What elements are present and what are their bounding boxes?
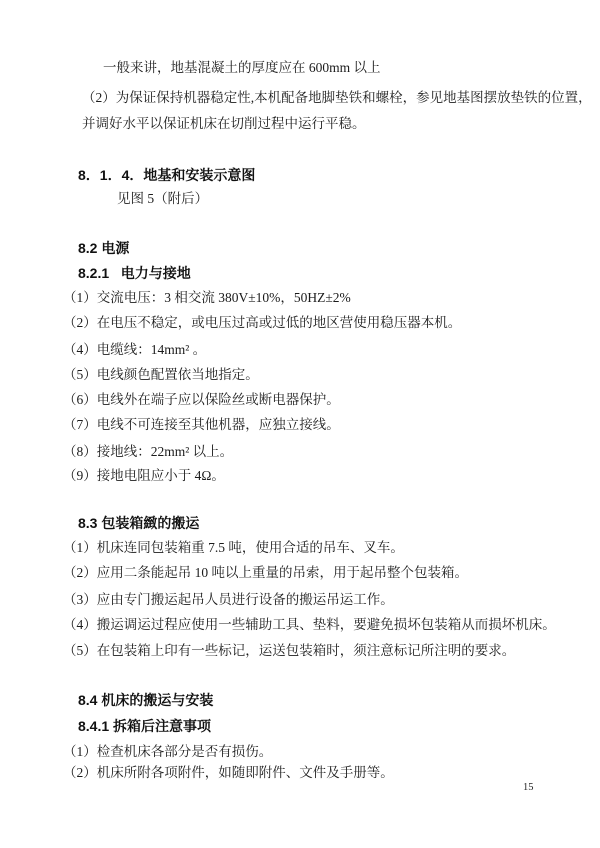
power-item-8: （8）接地线：22mm² 以上。 <box>63 439 233 465</box>
power-item-9: （9）接地电阻应小于 4Ω。 <box>63 463 225 489</box>
heading-8-4-1: 8.4.1 拆箱后注意事项 <box>78 713 211 739</box>
para-stability-item2-line2: 并调好水平以保证机床在切削过程中运行平稳。 <box>82 111 366 137</box>
power-item-4: （4）电缆线：14mm² 。 <box>63 337 206 363</box>
figure-reference: 见图 5（附后） <box>117 186 208 212</box>
page-number: 15 <box>523 782 534 793</box>
power-item-2: （2）在电压不稳定，或电压过高或过低的地区营使用稳压器本机。 <box>63 310 461 336</box>
heading-8-2-1: 8.2.1 电力与接地 <box>78 260 191 286</box>
crate-item-2: （2）应用二条能起吊 10 吨以上重量的吊索，用于起吊整个包装箱。 <box>63 560 468 586</box>
heading-8-1-4: 8．1．4．地基和安装示意图 <box>78 162 255 188</box>
para-stability-item2-line1: （2）为保证保持机器稳定性,本机配备地脚垫铁和螺栓，参见地基图摆放垫铁的位置， <box>82 85 592 111</box>
power-item-7: （7）电线不可连接至其他机器，应独立接线。 <box>63 412 340 438</box>
unpack-item-2: （2）机床所附各项附件，如随即附件、文件及手册等。 <box>63 760 394 786</box>
crate-item-5: （5）在包装箱上印有一些标记，运送包装箱时，须注意标记所注明的要求。 <box>63 638 515 664</box>
crate-item-1: （1）机床连同包装箱重 7.5 吨，使用合适的吊车、叉车。 <box>63 535 404 561</box>
para-foundation-thickness: 一般来讲，地基混凝土的厚度应在 600mm 以上 <box>103 55 381 81</box>
heading-8-3: 8.3 包装箱緻的搬运 <box>78 510 199 536</box>
crate-item-4: （4）搬运调运过程应使用一些辅助工具、垫料，要避免损坏包装箱从而损坏机床。 <box>63 612 556 638</box>
crate-item-3: （3）应由专门搬运起吊人员进行设备的搬运吊运工作。 <box>63 587 394 613</box>
heading-8-4: 8.4 机床的搬运与安装 <box>78 687 213 713</box>
power-item-5: （5）电线颜色配置依当地指定。 <box>63 362 259 388</box>
heading-8-2: 8.2 电源 <box>78 235 129 261</box>
manual-page: 一般来讲，地基混凝土的厚度应在 600mm 以上 （2）为保证保持机器稳定性,本… <box>0 0 600 848</box>
power-item-6: （6）电线外在端子应以保险丝或断电器保护。 <box>63 387 340 413</box>
power-item-1: （1）交流电压：3 相交流 380V±10%，50HZ±2% <box>63 285 351 311</box>
